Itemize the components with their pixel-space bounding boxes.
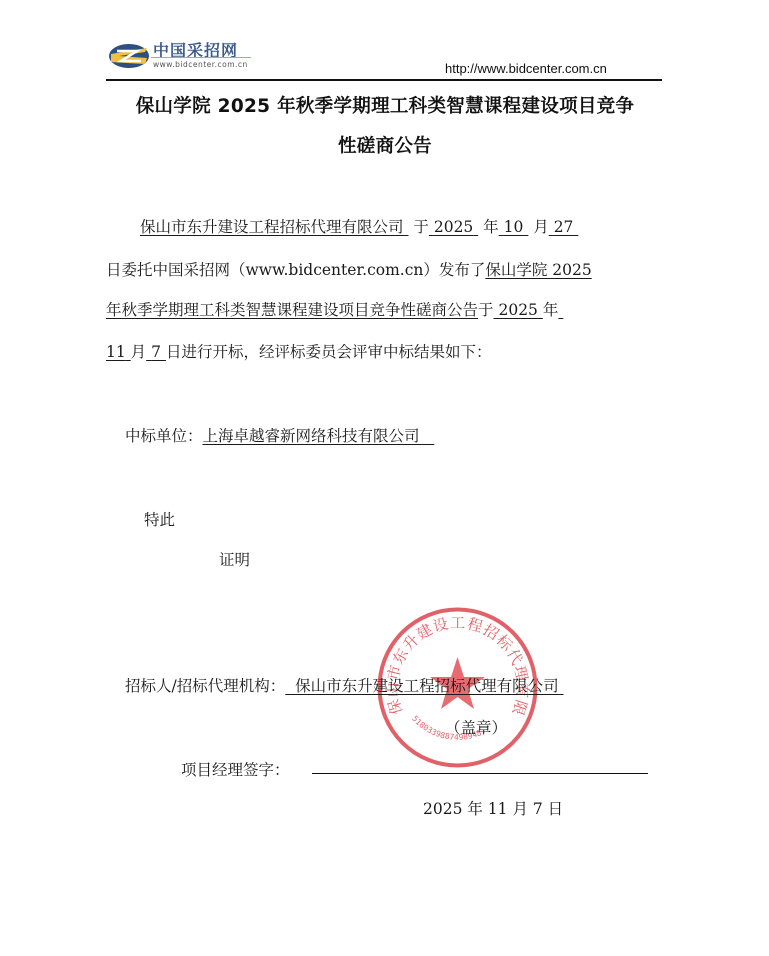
closing-text-2: 证明	[219, 548, 250, 570]
notice-day: 27	[554, 218, 574, 236]
paragraph-line-2: 日委托中国采招网（www.bidcenter.com.cn）发布了保山学院 20…	[106, 258, 592, 280]
winner-row: 中标单位：上海卓越睿新网络科技有限公司	[125, 424, 434, 446]
text-nian2: 年	[543, 301, 559, 319]
opening-year: 2025	[498, 301, 537, 319]
document-title-line1: 保山学院 2025 年秋季学期理工科类智慧课程建设项目竞争	[100, 92, 670, 118]
agent-label: 招标人/招标代理机构：	[125, 677, 285, 695]
paragraph-line-3: 年秋季学期理工科类智慧课程建设项目竞争性磋商公告于 2025 年	[106, 298, 563, 320]
closing-text-1: 特此	[144, 508, 175, 530]
text-yu: 于	[413, 218, 429, 236]
opening-day: 7	[151, 343, 161, 361]
agent-value: 保山市东升建设工程招标代理有限公司	[295, 677, 559, 695]
site-url-link[interactable]: http://www.bidcenter.com.cn	[445, 61, 607, 76]
winner-label: 中标单位：	[125, 427, 203, 445]
header-divider	[106, 79, 662, 81]
document-date: 2025 年 11 月 7 日	[423, 797, 563, 819]
paragraph-line-1: 保山市东升建设工程招标代理有限公司 于 2025 年 10 月 27	[140, 215, 578, 237]
project-name-part2: 年秋季学期理工科类智慧课程建设项目竞争性磋商公告	[106, 301, 478, 319]
agency-name: 保山市东升建设工程招标代理有限公司	[140, 218, 404, 236]
project-name-part1: 保山学院 2025	[485, 261, 591, 279]
manager-signature-field	[312, 773, 648, 774]
opening-month: 11	[106, 343, 126, 361]
bidcenter-logo: 中国采招网 www.bidcenter.com.cn	[107, 38, 252, 74]
agent-row: 招标人/招标代理机构： 保山市东升建设工程招标代理有限公司	[125, 674, 564, 696]
delegation-text: 日委托中国采招网（www.bidcenter.com.cn）发布了	[106, 261, 485, 279]
winner-value: 上海卓越睿新网络科技有限公司	[203, 427, 420, 445]
document-title-line2: 性磋商公告	[100, 132, 670, 158]
result-intro: 日进行开标，经评标委员会评审中标结果如下：	[166, 343, 492, 361]
svg-text:保山市东升建设工程招标代理有限公司: 保山市东升建设工程招标代理有限公司	[375, 605, 532, 718]
manager-signature-label: 项目经理签字：	[181, 758, 290, 780]
text-yue: 月	[533, 218, 549, 236]
seal-note: （盖章）	[445, 716, 507, 738]
paragraph-line-4: 11 月 7 日进行开标，经评标委员会评审中标结果如下：	[106, 340, 491, 362]
logo-url: www.bidcenter.com.cn	[153, 60, 248, 69]
text-nian: 年	[483, 218, 499, 236]
text-yu2: 于	[478, 301, 494, 319]
notice-year: 2025	[434, 218, 473, 236]
notice-month: 10	[504, 218, 524, 236]
logo-divider	[151, 57, 251, 58]
bidcenter-logo-icon	[107, 38, 155, 74]
text-yue2: 月	[131, 343, 147, 361]
